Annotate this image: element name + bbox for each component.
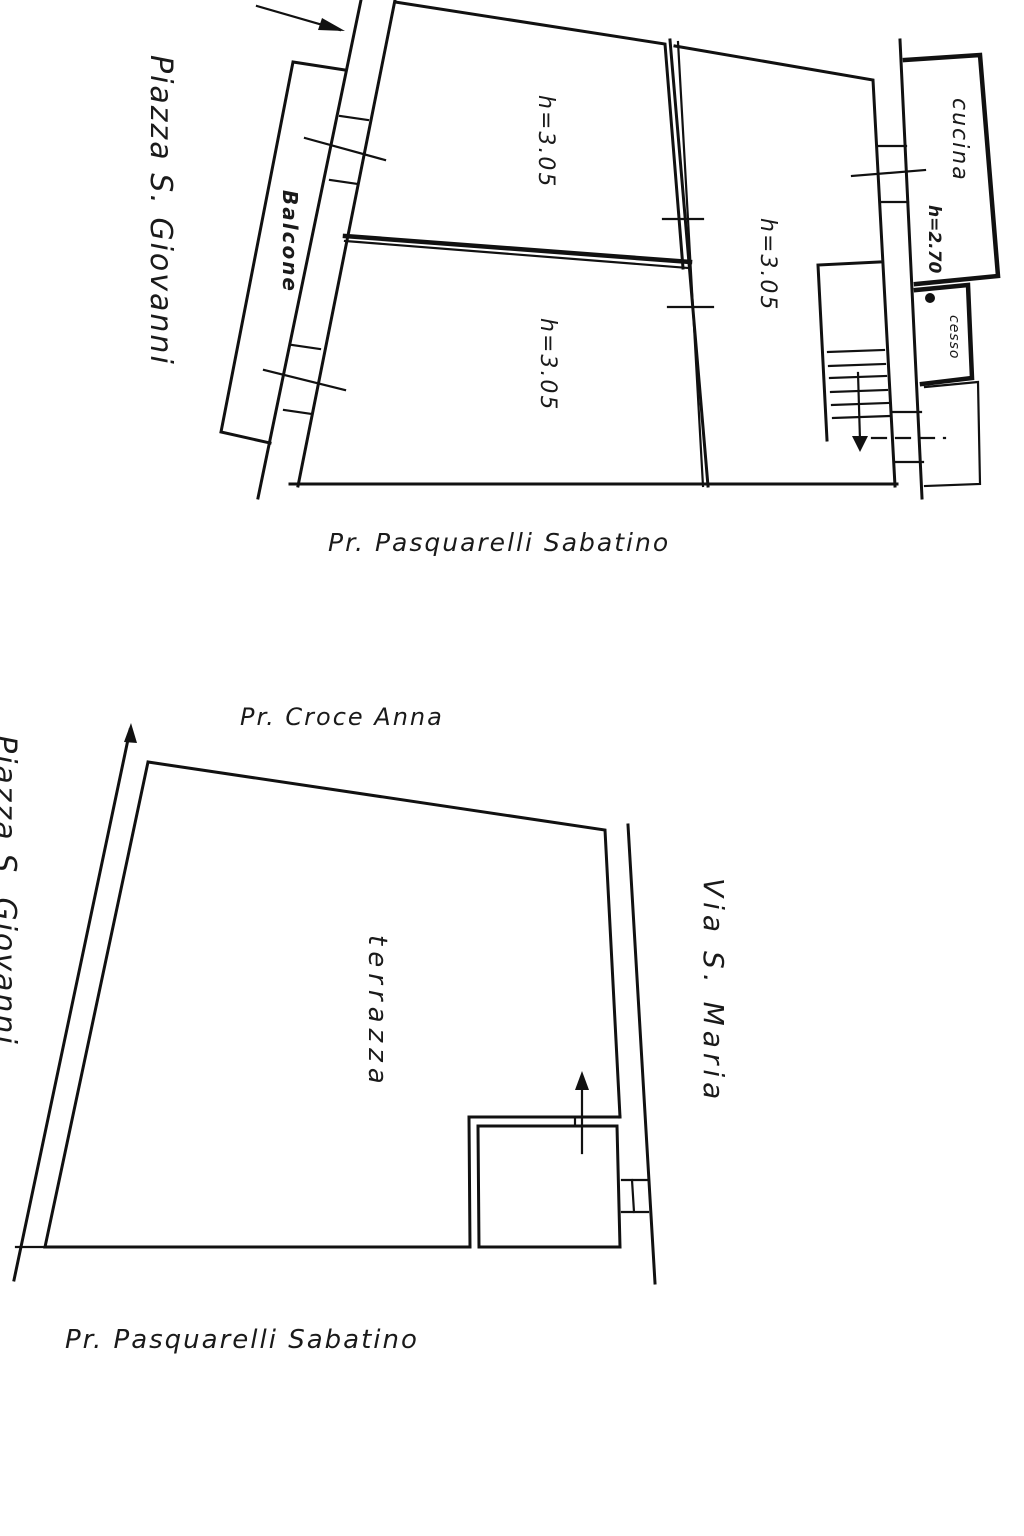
toilet-label: cesso xyxy=(946,315,962,359)
neighbor-label-lower-bottom: Pr. Pasquarelli Sabatino xyxy=(65,1325,419,1355)
toilet-room xyxy=(916,285,972,384)
room-height-bottom: h=3.05 xyxy=(535,318,560,411)
room-height-right: h=3.05 xyxy=(755,218,780,311)
street-label-via-s-maria: Via S. Maria xyxy=(697,878,730,1104)
entrance-arrow-icon xyxy=(257,6,345,31)
neighbor-label-croce: Pr. Croce Anna xyxy=(240,703,444,731)
neighbor-label-upper-bottom: Pr. Pasquarelli Sabatino xyxy=(328,528,670,557)
street-label-piazza-lower: Piazza S. Giovanni xyxy=(0,735,22,1046)
exit-arrow-icon xyxy=(575,1071,589,1153)
upper-floor-plan xyxy=(221,0,998,498)
terrace-label: terrazza xyxy=(362,935,392,1090)
street-label-piazza-upper: Piazza S. Giovanni xyxy=(143,55,178,366)
terrace-outline xyxy=(45,762,620,1247)
balcony-label: Balcone xyxy=(278,190,302,293)
kitchen-height: h=2.70 xyxy=(924,205,944,273)
room-height-top: h=3.05 xyxy=(533,95,558,188)
kitchen-label: cucina xyxy=(947,98,972,182)
lower-floor-plan xyxy=(14,723,655,1283)
